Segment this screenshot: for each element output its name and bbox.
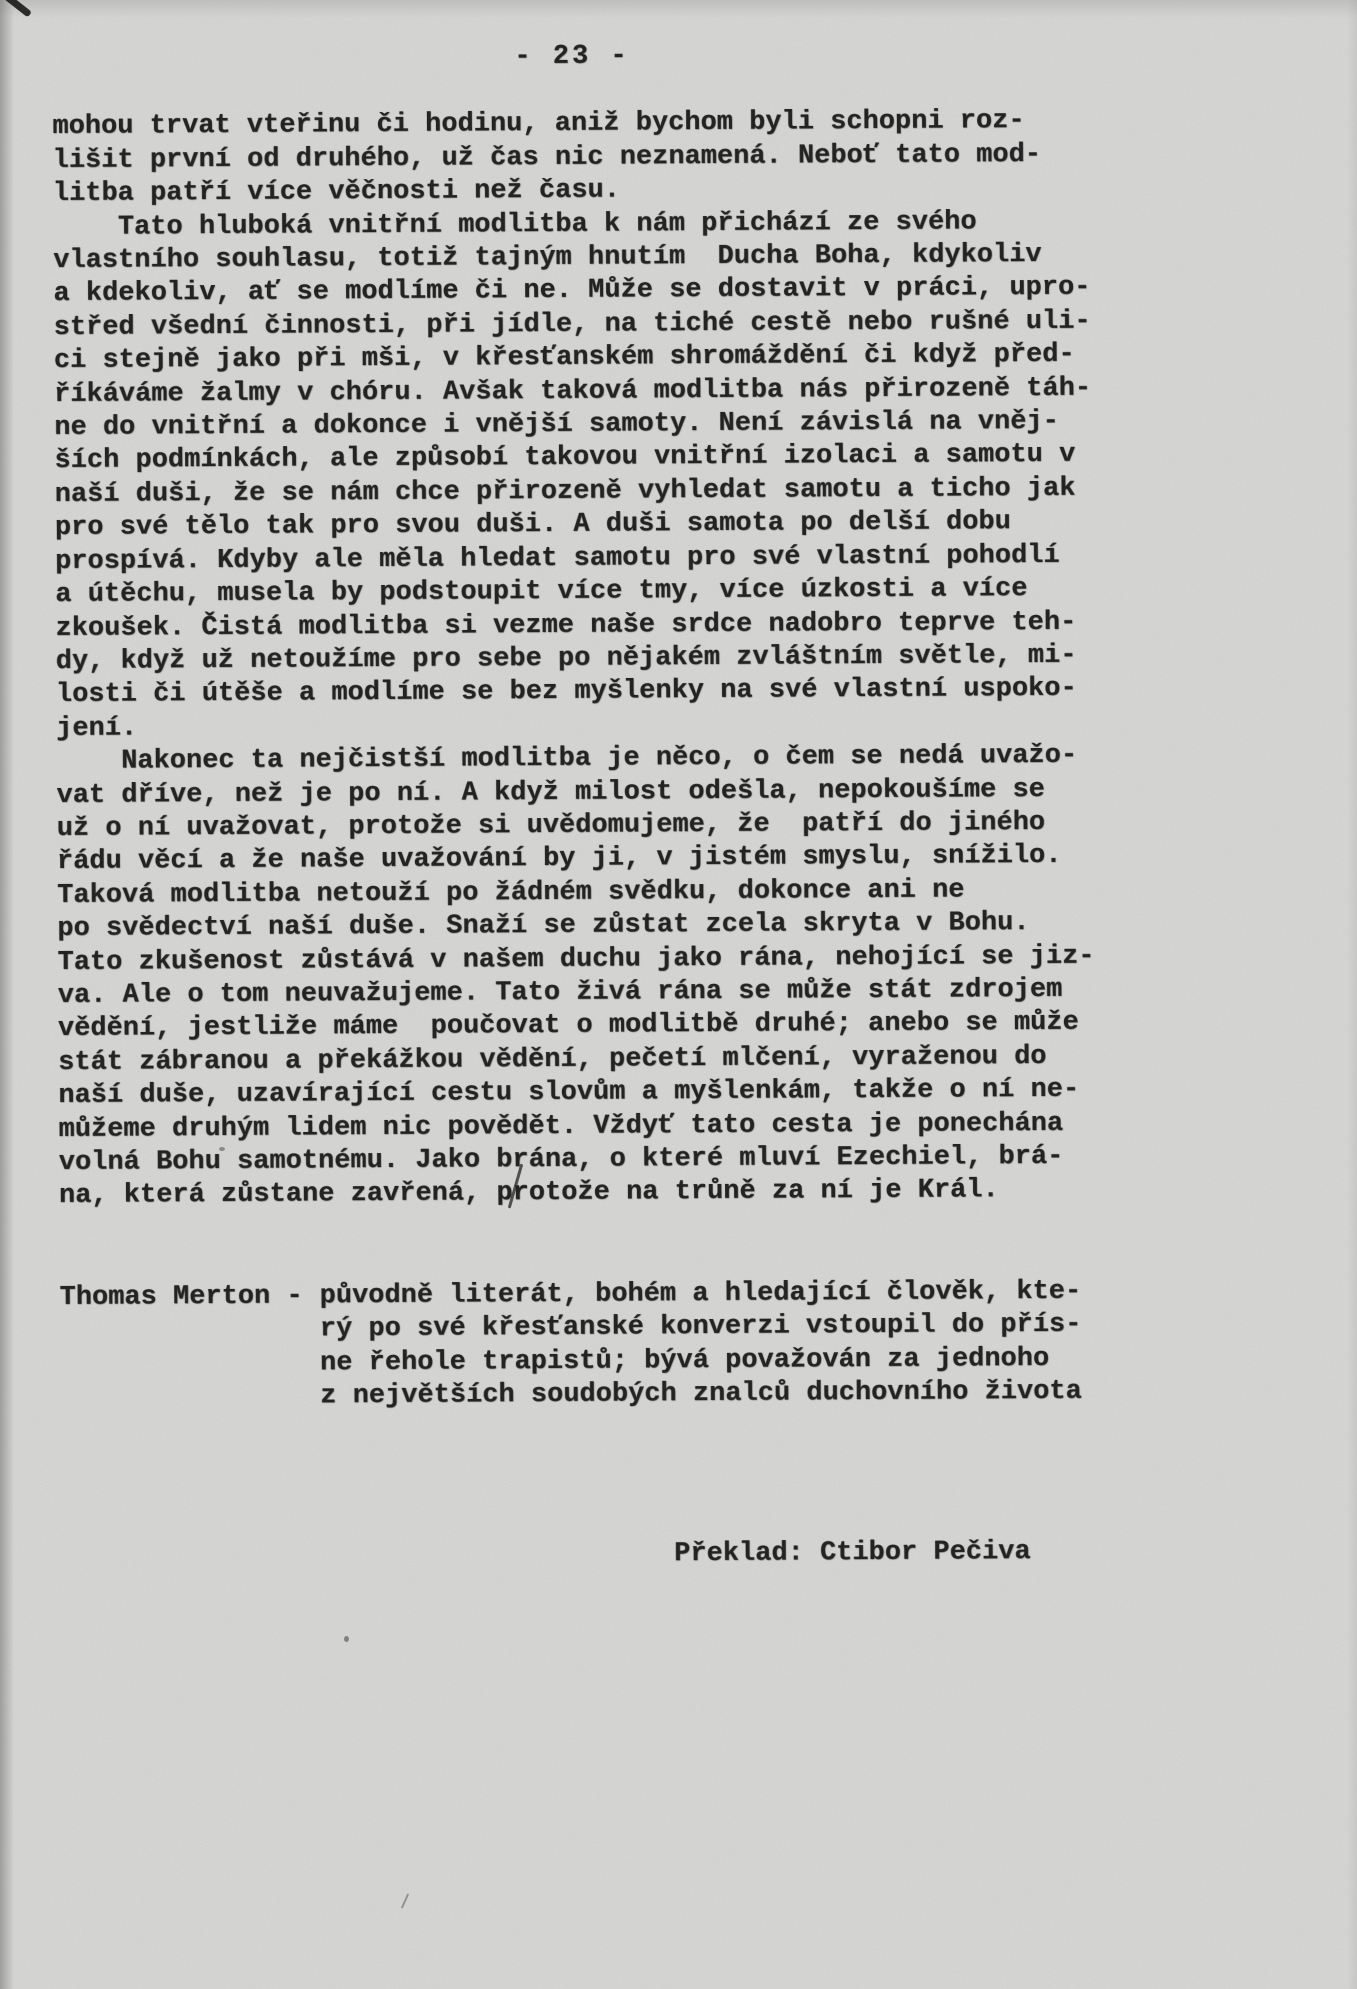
paragraph-1: mohou trvat vteřinu či hodinu, aniž bych… [52,105,1113,212]
page-number: - 23 - [32,38,1112,78]
paragraph-3: Nakonec ta nejčistší modlitba je něco, o… [56,740,1119,1214]
scanned-page: { "document": { "page_number": "- 23 -",… [0,0,1357,1989]
translation-credit: Překlad: Ctibor Pečiva [674,1536,1121,1572]
author-note: Thomas Merton - původně literát, bohém a… [60,1275,1121,1415]
scan-artifact-speck [344,1636,349,1642]
author-note-text: původně literát, bohém a hledající člově… [320,1276,1082,1414]
page-content: - 23 - mohou trvat vteřinu či hodinu, an… [52,38,1121,1576]
scan-artifact-corner-mark [4,0,32,17]
scan-artifact-speck [401,1893,409,1908]
author-note-name: Thomas Merton - [60,1280,304,1415]
paragraph-2: Tato hluboká vnitřní modlitba k nám přic… [53,205,1116,746]
